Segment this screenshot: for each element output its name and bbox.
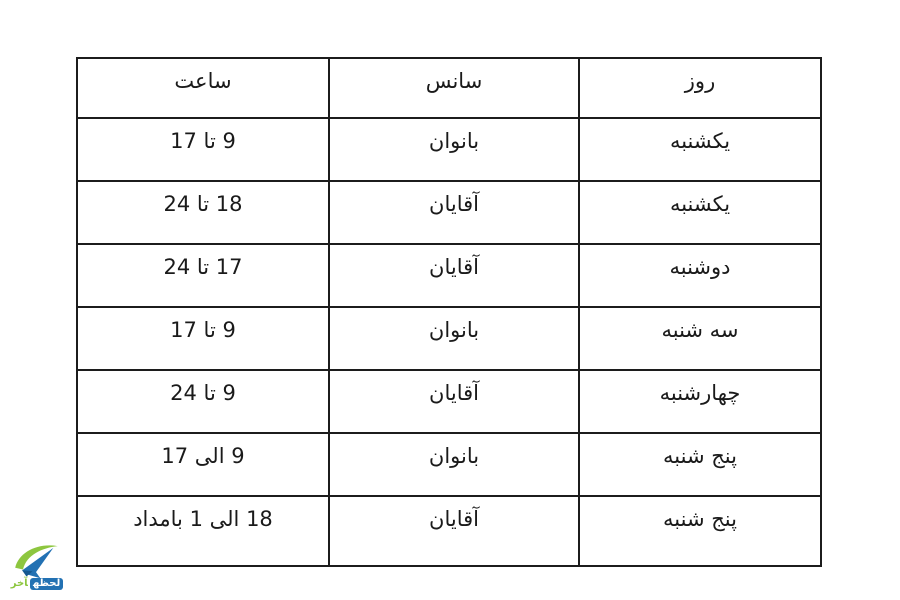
table-row: یکشنبه آقایان 18 تا 24 [77, 181, 821, 244]
logo-word-primary: لحظه [30, 578, 63, 590]
cell-time: 9 تا 24 [77, 370, 329, 433]
cell-day: یکشنبه [579, 118, 821, 181]
cell-session: بانوان [329, 307, 579, 370]
cell-session: آقایان [329, 370, 579, 433]
cell-time: 18 تا 24 [77, 181, 329, 244]
logo-wordmark: لحظهآخر [5, 578, 67, 590]
table-row: چهارشنبه آقایان 9 تا 24 [77, 370, 821, 433]
table-row: پنج شنبه آقایان 18 الی 1 بامداد [77, 496, 821, 566]
cell-time: 9 الی 17 [77, 433, 329, 496]
schedule-table-container: روز سانس ساعت یکشنبه بانوان 9 تا 17 یکشن… [78, 57, 822, 567]
cell-time: 9 تا 17 [77, 307, 329, 370]
cell-day: پنج شنبه [579, 433, 821, 496]
table-header-row: روز سانس ساعت [77, 58, 821, 118]
table-row: سه شنبه بانوان 9 تا 17 [77, 307, 821, 370]
cell-time: 18 الی 1 بامداد [77, 496, 329, 566]
cell-session: بانوان [329, 118, 579, 181]
schedule-table: روز سانس ساعت یکشنبه بانوان 9 تا 17 یکشن… [76, 57, 822, 567]
cell-day: چهارشنبه [579, 370, 821, 433]
cell-day: سه شنبه [579, 307, 821, 370]
column-header-day: روز [579, 58, 821, 118]
cell-day: یکشنبه [579, 181, 821, 244]
column-header-session: سانس [329, 58, 579, 118]
cell-session: آقایان [329, 244, 579, 307]
table-row: پنج شنبه بانوان 9 الی 17 [77, 433, 821, 496]
page-canvas: روز سانس ساعت یکشنبه بانوان 9 تا 17 یکشن… [0, 0, 900, 600]
cell-day: پنج شنبه [579, 496, 821, 566]
column-header-time: ساعت [77, 58, 329, 118]
cell-time: 9 تا 17 [77, 118, 329, 181]
lastsecond-watermark: لحظهآخر [5, 540, 67, 590]
cell-session: بانوان [329, 433, 579, 496]
logo-word-secondary: آخر [11, 578, 28, 589]
table-row: یکشنبه بانوان 9 تا 17 [77, 118, 821, 181]
table-row: دوشنبه آقایان 17 تا 24 [77, 244, 821, 307]
cell-day: دوشنبه [579, 244, 821, 307]
bird-logo-icon [10, 540, 62, 580]
cell-time: 17 تا 24 [77, 244, 329, 307]
cell-session: آقایان [329, 181, 579, 244]
cell-session: آقایان [329, 496, 579, 566]
